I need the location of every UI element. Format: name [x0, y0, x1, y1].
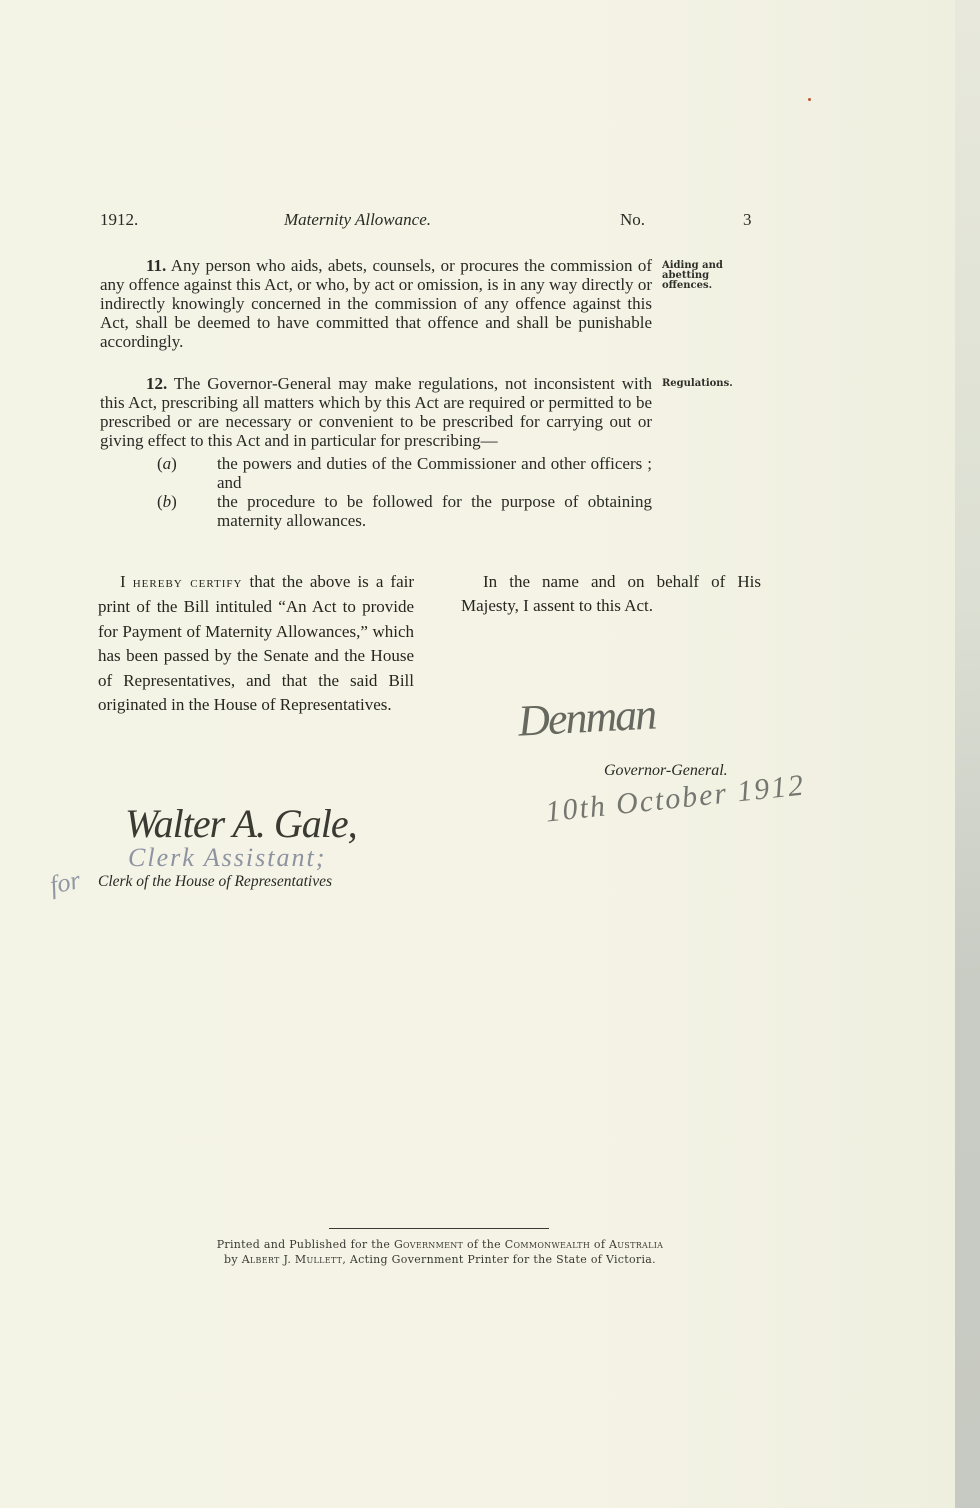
section-text: Any person who aids, abets, counsels, or… — [100, 256, 652, 351]
governor-general-signature: Denman — [517, 688, 657, 746]
section-12: 12. The Governor-General may make regula… — [100, 374, 652, 530]
section-number: 11. — [146, 256, 166, 275]
handwritten-for: for — [47, 865, 83, 901]
clerk-signature: Walter A. Gale, — [125, 800, 357, 847]
certify-smallcaps: hereby certify — [133, 575, 243, 591]
section-12-items: (a)the powers and duties of the Commissi… — [157, 454, 652, 530]
item-text: the powers and duties of the Commissione… — [217, 454, 652, 492]
clerk-title: Clerk of the House of Representatives — [98, 873, 332, 891]
list-item: (a)the powers and duties of the Commissi… — [157, 454, 652, 492]
paper-speck — [808, 98, 811, 101]
item-label: b — [163, 492, 172, 511]
header-act-number-label: No. — [620, 210, 645, 230]
list-item: (b)the procedure to be followed for the … — [157, 492, 652, 530]
running-header: 1912. Maternity Allowance. No. 3 — [100, 210, 755, 234]
page-edge-shadow — [955, 0, 980, 1508]
section-text: The Governor-General may make regulation… — [100, 374, 652, 450]
certificate-text: I hereby certify that the above is a fai… — [98, 570, 414, 717]
header-title: Maternity Allowance. — [284, 210, 431, 230]
item-text: the procedure to be followed for the pur… — [217, 492, 652, 530]
printer-imprint: Printed and Published for the Government… — [150, 1238, 730, 1267]
section-11: 11. Any person who aids, abets, counsels… — [100, 256, 652, 351]
handwritten-clerk-assistant: Clerk Assistant; — [128, 843, 326, 873]
section-number: 12. — [146, 374, 167, 393]
item-label: a — [163, 454, 172, 473]
margin-note-regulations: Regulations. — [662, 379, 733, 389]
assent-text: In the name and on behalf of His Majesty… — [461, 570, 761, 619]
footer-rule — [329, 1228, 549, 1229]
page-number: 3 — [743, 210, 752, 230]
margin-note-aiding: Aiding and abetting offences. — [662, 261, 732, 291]
header-year: 1912. — [100, 210, 138, 230]
